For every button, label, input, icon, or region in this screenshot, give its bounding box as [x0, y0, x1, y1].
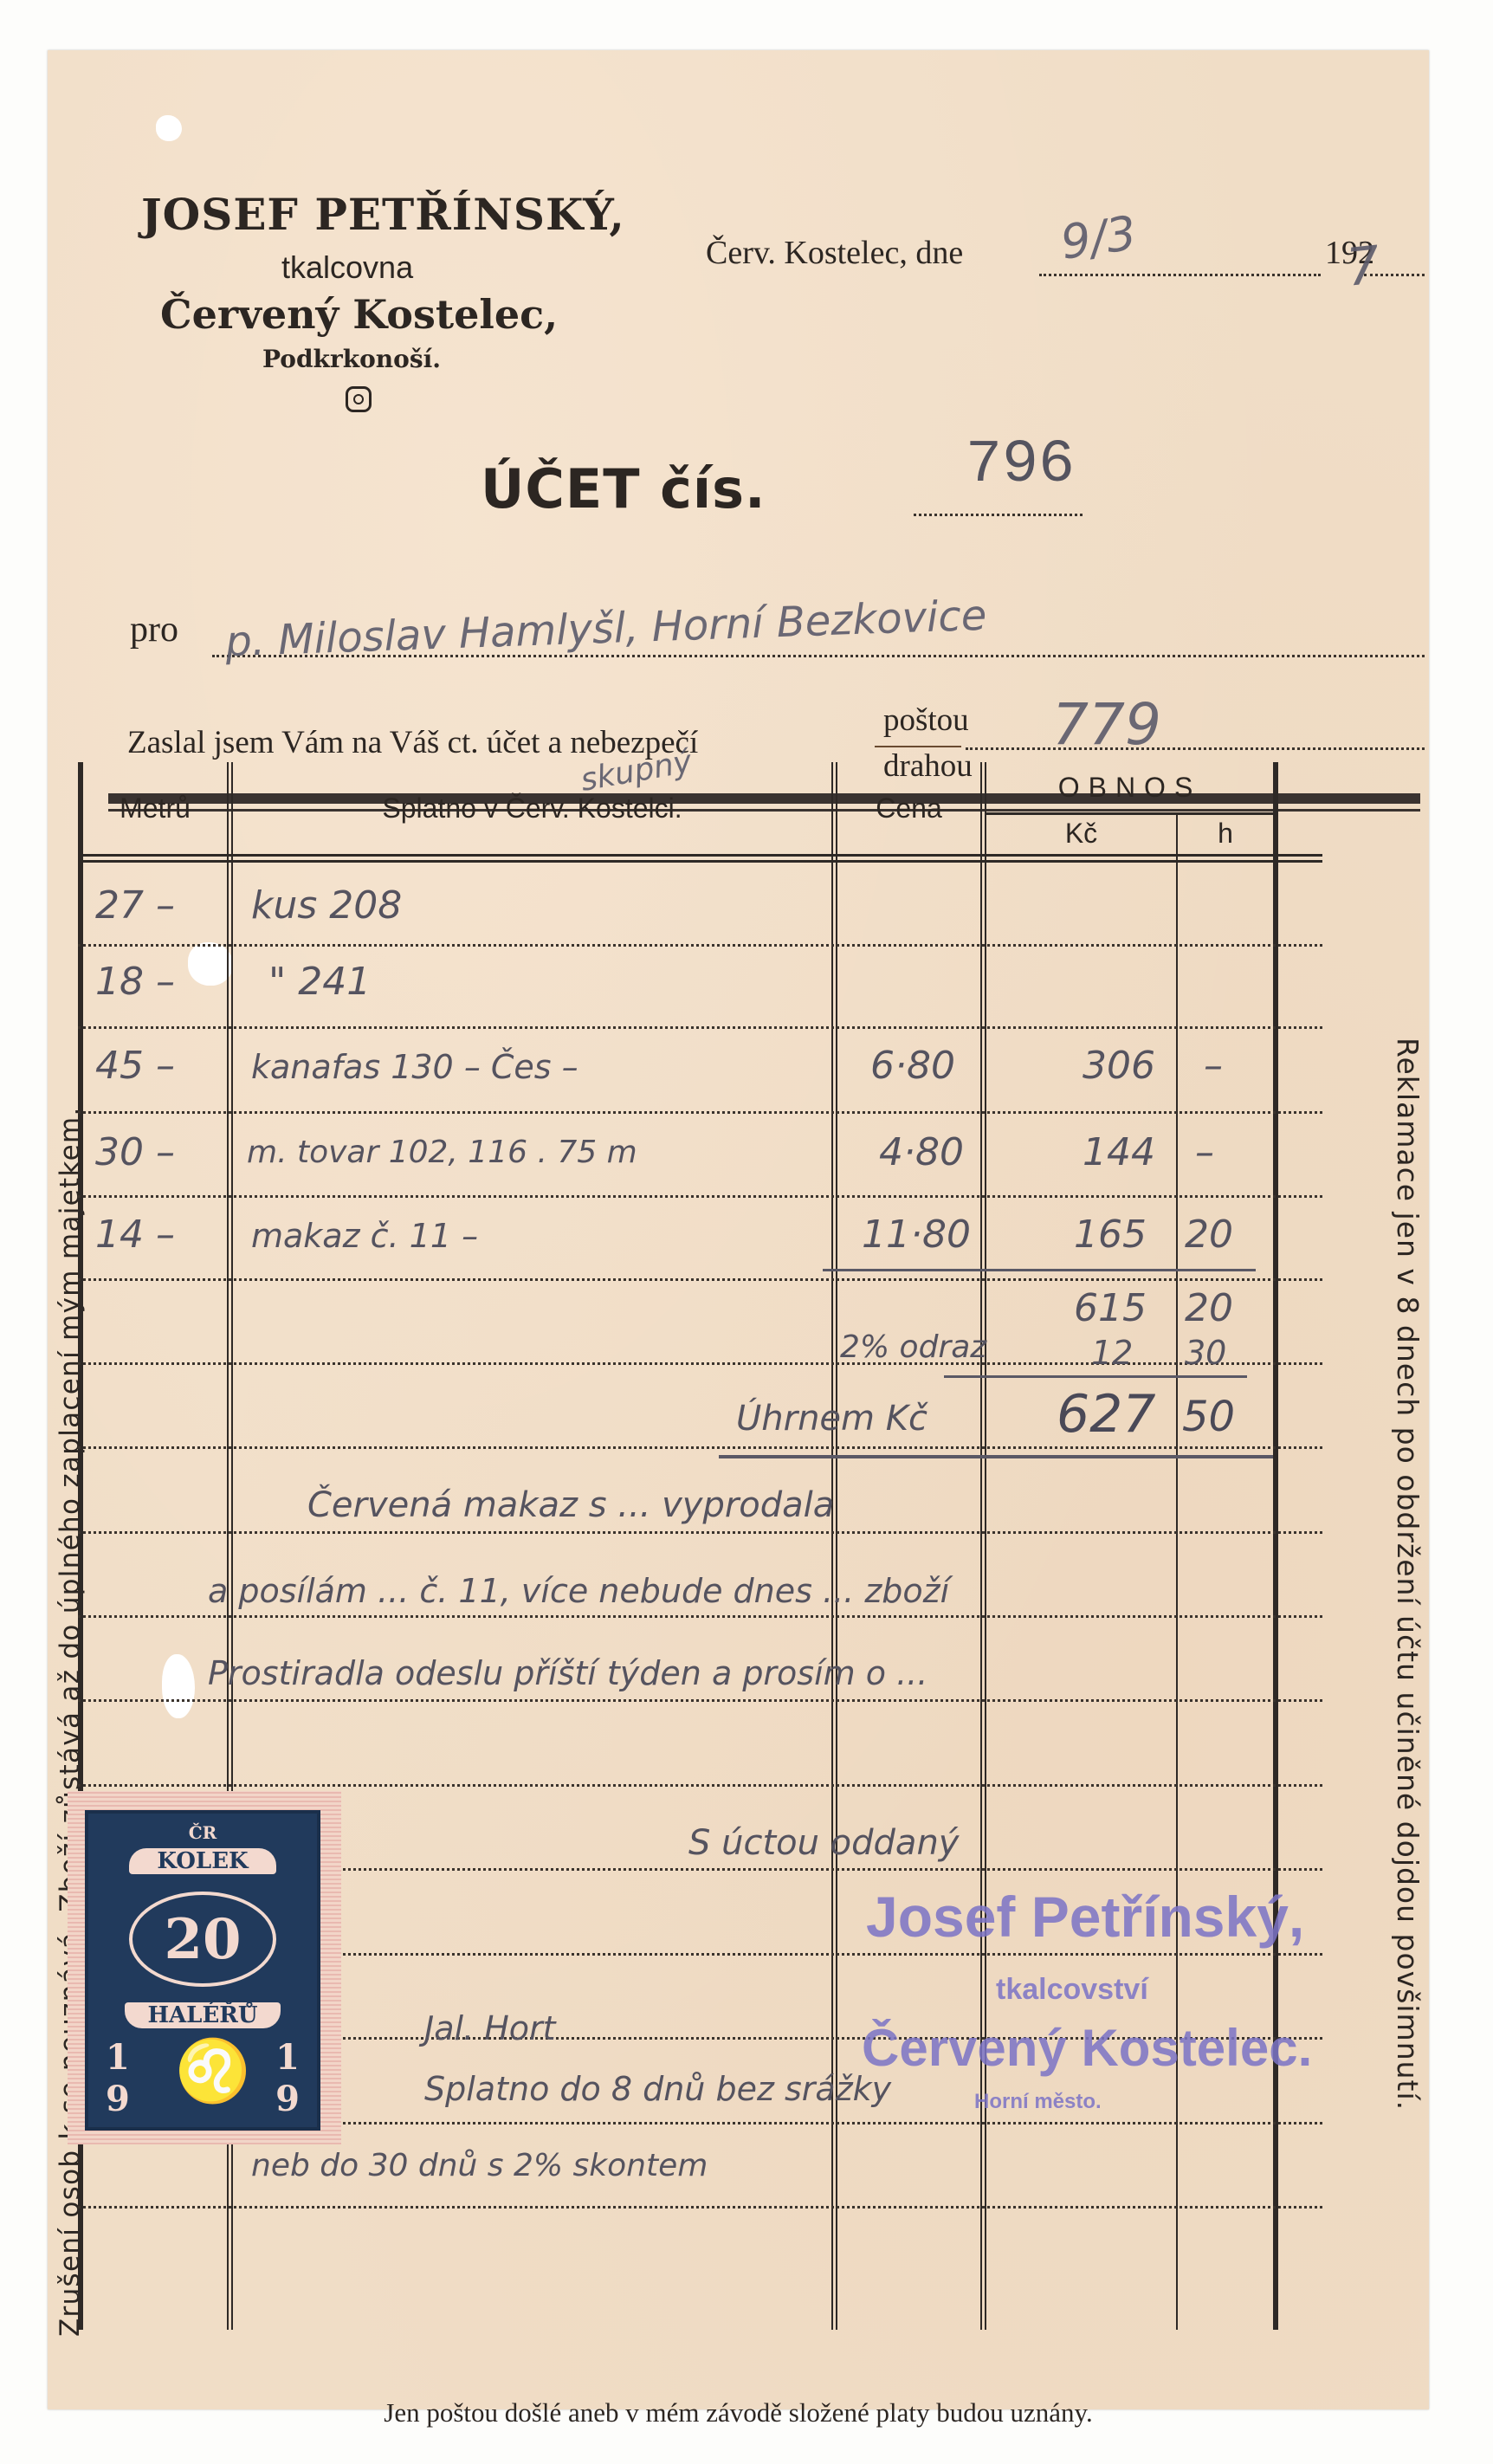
stamp-year-r2: 9 [275, 2079, 300, 2119]
shipment-label: Zaslal jsem Vám na Váš ct. účet a nebezp… [127, 724, 698, 761]
discount-crowns: 12 [1091, 1334, 1133, 1372]
total-underline [719, 1455, 1273, 1458]
col-header-meters: Metrů [83, 762, 227, 854]
row-line [78, 1195, 1322, 1198]
invoice-number-line [914, 514, 1083, 516]
row-line [78, 1026, 1322, 1029]
stamp-year: 1 9 ♌ 1 9 [88, 2037, 317, 2124]
row-5-meters: 14 – [95, 1213, 175, 1257]
shipment-value: 779 [1052, 691, 1161, 758]
row-line [78, 1278, 1322, 1281]
date-field-line [1039, 274, 1321, 276]
seal-line-3: Červený Kostelec. [862, 2018, 1312, 2078]
stamp-monogram: ČR [88, 1822, 317, 1843]
row-line [78, 1362, 1322, 1365]
firm-city: Červený Kostelec, [160, 291, 558, 338]
row-line [78, 944, 1322, 947]
row-5-description: makaz č. 11 – [251, 1217, 478, 1255]
payment-note-1: Jal. Hort [424, 2009, 556, 2047]
row-5-price: 11·80 [862, 1213, 971, 1257]
stamp-label-top: KOLEK [129, 1848, 276, 1874]
stamp-label-bottom: HALÉŘŮ [125, 2002, 281, 2028]
discount-halers: 30 [1185, 1334, 1226, 1372]
row-line [78, 1784, 1322, 1787]
revenue-stamp: ČR KOLEK 20 HALÉŘŮ 1 9 ♌ 1 9 [85, 1810, 320, 2131]
seal-line-2: tkalcovství [996, 1973, 1148, 2007]
row-line [78, 1699, 1322, 1702]
shipment-option-post: poštou [883, 702, 969, 739]
note-line-3: Prostiradla odeslu příští týden a prosím… [208, 1654, 927, 1692]
row-3-description: kanafas 130 – Čes – [251, 1048, 578, 1086]
invoice-paper: JOSEF PETŘÍNSKÝ, tkalcovna Červený Koste… [48, 50, 1429, 2409]
row-line [78, 2206, 1322, 2209]
row-5-crowns: 165 [1074, 1213, 1147, 1257]
greeting: S úctou oddaný [688, 1823, 959, 1863]
discount-label: 2% odraz [840, 1329, 986, 1365]
row-1-description: kus 208 [251, 883, 402, 928]
row-line [78, 1446, 1322, 1449]
row-line [78, 1615, 1322, 1618]
header-double-rule [78, 854, 1322, 863]
row-1-meters: 27 – [95, 883, 175, 928]
row-3-halers: – [1204, 1044, 1223, 1088]
row-4-halers: – [1195, 1130, 1214, 1174]
seal-line-4: Horní město. [974, 2090, 1102, 2114]
lion-emblem-icon: ♌ [175, 2040, 250, 2101]
firm-type: tkalcovna [281, 249, 413, 286]
col-divider-crowns [1176, 812, 1178, 2330]
col-header-description: Splatno v Červ. Kostelci. [233, 762, 831, 854]
firm-region: Podkrkonoší. [262, 345, 441, 373]
invoice-title: ÚČET čís. [481, 457, 766, 521]
row-5-halers: 20 [1185, 1213, 1233, 1257]
table-border-right [1273, 762, 1278, 2330]
stamp-year-r1: 1 [275, 2037, 300, 2078]
row-2-description: " 241 [268, 960, 371, 1004]
row-3-crowns: 306 [1083, 1044, 1155, 1088]
stamp-value: 20 [129, 1892, 276, 1987]
total-halers: 50 [1182, 1393, 1235, 1441]
row-3-meters: 45 – [95, 1044, 175, 1088]
row-line [78, 1111, 1322, 1114]
subtotal-halers: 20 [1185, 1286, 1233, 1330]
date-label: Červ. Kostelec, dne [706, 234, 963, 272]
shipment-line [966, 747, 1425, 750]
total-label: Úhrnem Kč [736, 1399, 927, 1439]
row-4-meters: 30 – [95, 1130, 175, 1174]
col-header-amount: OBNOS [986, 762, 1273, 812]
stamp-year-l1: 1 [106, 2037, 130, 2078]
sum-underline [823, 1269, 1256, 1271]
row-4-description: m. tovar 102, 116 . 75 m [247, 1135, 637, 1170]
stamp-year-l2: 9 [106, 2079, 130, 2119]
row-4-price: 4·80 [879, 1130, 964, 1174]
side-note-right: Reklamace jen v 8 dnech po obdržení účtu… [1391, 1038, 1425, 2111]
total-crowns: 627 [1057, 1384, 1156, 1445]
col-header-crowns: Kč [986, 812, 1176, 854]
discount-underline [944, 1375, 1247, 1378]
punch-hole [156, 115, 182, 141]
payment-note-3: neb do 30 dnů s 2% skontem [251, 2148, 708, 2183]
recipient-label: pro [130, 609, 178, 650]
row-line [78, 1531, 1322, 1534]
firm-trademark-logo-icon [346, 386, 372, 412]
note-line-1: Červená makaz s ... vyprodala [307, 1485, 834, 1525]
row-4-crowns: 144 [1083, 1130, 1155, 1174]
seal-line-1: Josef Petřínský, [866, 1884, 1304, 1950]
year-value: 7 [1343, 235, 1382, 299]
row-2-meters: 18 – [95, 960, 175, 1004]
subtotal-crowns: 615 [1074, 1286, 1147, 1330]
date-value: 9/3 [1057, 205, 1140, 269]
row-3-price: 6·80 [870, 1044, 955, 1088]
firm-name: JOSEF PETŘÍNSKÝ, [141, 189, 625, 240]
col-header-price: Cena [837, 762, 980, 854]
invoice-number: 796 [966, 431, 1075, 500]
payment-note-2: Splatno do 8 dnů bez srážky [424, 2070, 891, 2108]
footer-note: Jen poštou došlé aneb v mém závodě slože… [48, 2397, 1429, 2428]
note-line-2: a posílám ... č. 11, více nebude dnes ..… [208, 1572, 949, 1610]
col-header-halers: h [1178, 812, 1273, 854]
